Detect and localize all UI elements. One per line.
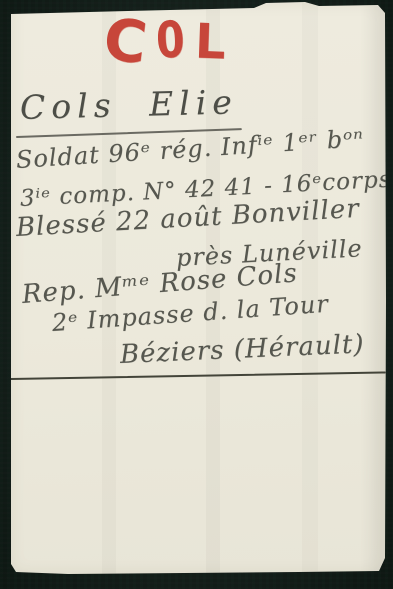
card-paper: C 0 L Cols Elie Soldat 96ᵉ rég. Infⁱᵉ 1ᵉ… <box>8 0 386 576</box>
ruled-divider-line <box>10 371 386 380</box>
card-heading-col: C 0 L <box>104 12 226 70</box>
heading-letter-o: 0 <box>154 14 185 65</box>
scan-background: C 0 L Cols Elie Soldat 96ᵉ rég. Infⁱᵉ 1ᵉ… <box>0 0 393 589</box>
line-soldier-name: Cols Elie <box>19 82 238 127</box>
line-contact-city: Béziers (Hérault) <box>119 329 365 370</box>
heading-letter-l: L <box>195 17 227 66</box>
heading-letter-c: C <box>101 10 150 73</box>
